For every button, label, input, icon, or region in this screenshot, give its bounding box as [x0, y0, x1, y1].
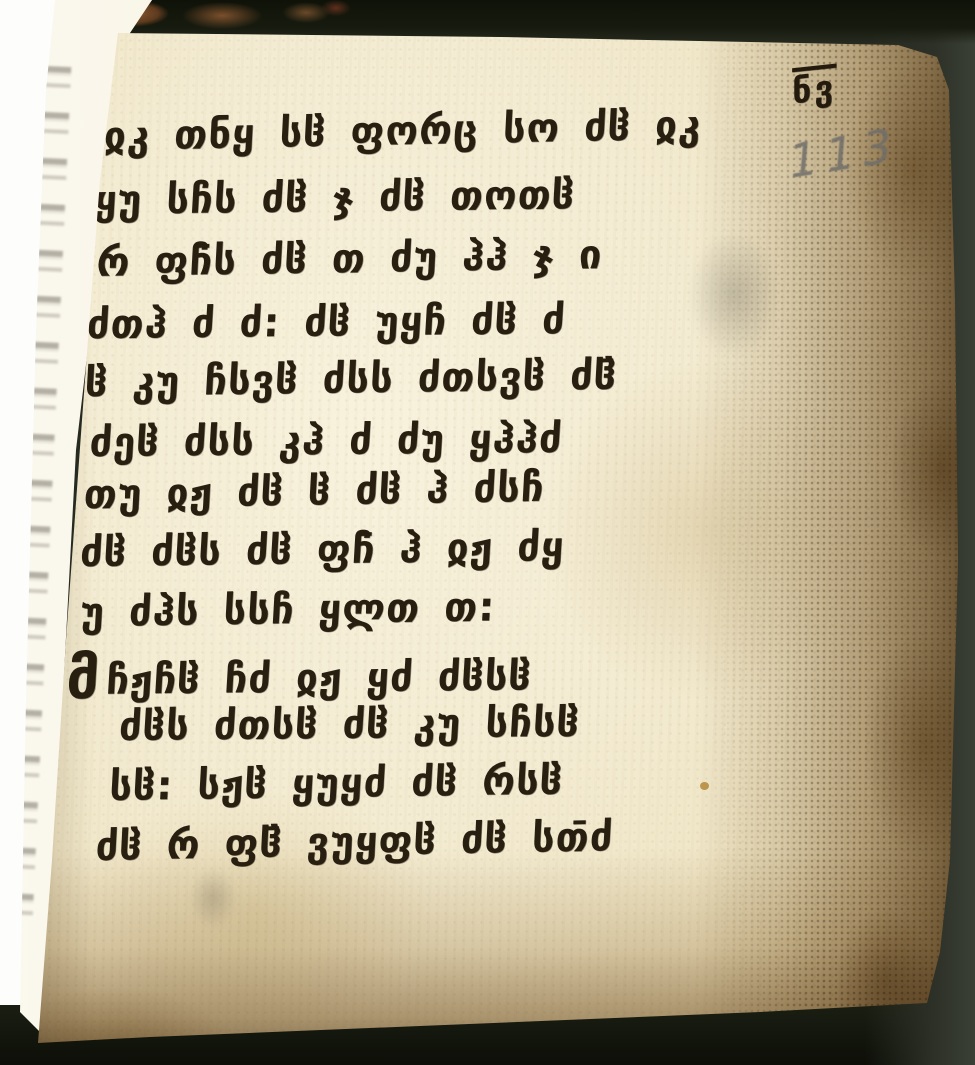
manuscript-text-block: ჲკ თნყ სჱ ფორც სო ძჱ ჲკ ყუ სჩს ძჱ ჯ ძჱ თ…: [0, 0, 975, 1065]
manuscript-line-13: ძჱ რ ფჱ̄ ვუყფჱ ძჱ სთ̄ძ: [94, 814, 614, 870]
manuscript-line-11: ძჱს ძთსჱ ძჱ კუ სჩსჱ: [118, 700, 582, 750]
manuscript-line-4: ძთჰ ძ ძ: ძჱ უყჩ ძჱ ძ: [86, 297, 568, 348]
parchment-page: ნვ 113 ჲკ თნყ სჱ ფორც სო ძჱ ჲკ ყუ სჩს ძჱ…: [0, 0, 975, 1065]
manuscript-line-9: უ ძჰს სსჩ ყლთ თ:: [79, 584, 496, 636]
manuscript-line-10-text: ჩჟჩჱ ჩძ ჲჟ ყძ ძჱსჱ: [105, 653, 533, 703]
manuscript-line-7: თუ ჲჟ ძჱ ჱ ძჱ ჰ ძსჩ: [83, 465, 546, 518]
manuscript-line-2: ყუ სჩს ძჱ ჯ ძჱ თოთჱ: [93, 172, 577, 224]
manuscript-line-12: სჱ: სჟჱ ყუყძ ძჱ რსჱ: [108, 758, 564, 810]
manuscript-line-3: რ ფჩ̄ს ძჱ თ ძუ ჰჰ ჯ ი: [95, 232, 603, 286]
manuscript-line-1: ჲკ თნყ სჱ ფორც სო ძჱ ჲკ: [103, 103, 703, 161]
manuscript-photo: ნვ 113 ჲკ თნყ სჱ ფორც სო ძჱ ჲკ ყუ სჩს ძჱ…: [0, 0, 975, 1065]
manuscript-line-10: მჩჟჩჱ ჩძ ჲჟ ყძ ძჱსჱ: [65, 635, 535, 708]
manuscript-line-8: ძჱ ძჱს ძჱ ფჩ̄ ჰ ჲჟ ძყ: [79, 524, 566, 576]
binding-debris: [318, 0, 354, 20]
drop-initial: მ: [64, 644, 102, 712]
manuscript-line-5: ჱ კუ ჩსვჱ ძსს ძთსვჱ ძჱ̄: [84, 353, 619, 406]
manuscript-line-6: ძეჱ ძსს კჰ ძ ძუ ყჰჰძ: [88, 416, 564, 466]
